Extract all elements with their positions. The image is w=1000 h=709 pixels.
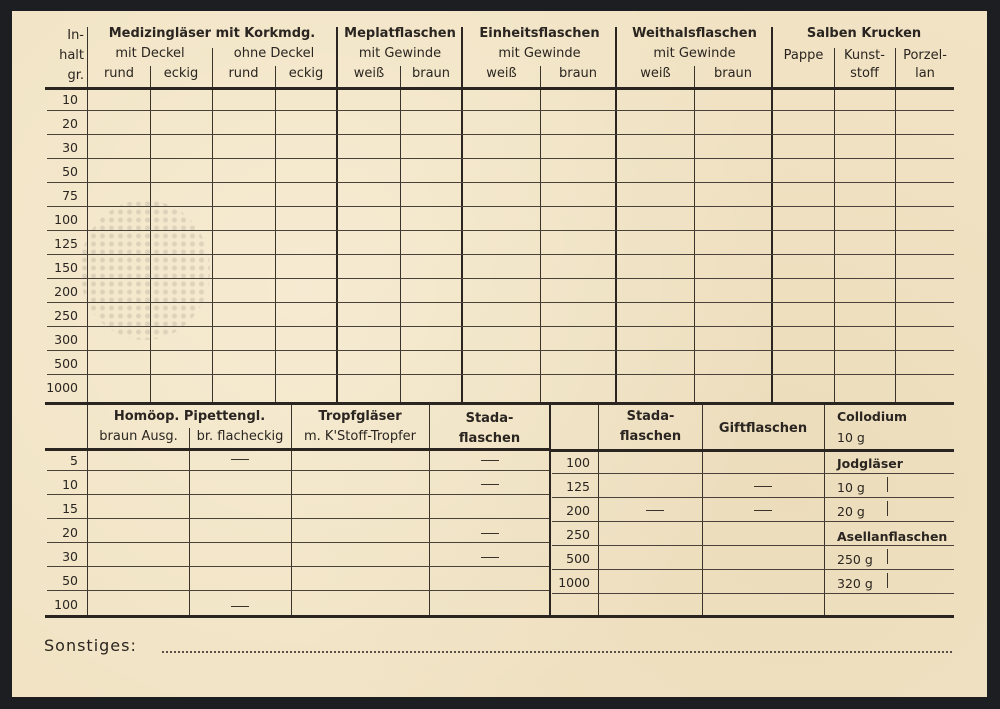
divider [694, 66, 695, 88]
dash-mark [646, 510, 664, 511]
row-line [47, 158, 954, 159]
col-header: braun Ausg. [88, 429, 189, 445]
divider [895, 48, 896, 88]
divider [189, 428, 190, 616]
divider [598, 405, 599, 616]
row-label: 30 [45, 140, 78, 155]
header-rule [45, 448, 550, 451]
row-label: 20 [45, 525, 78, 540]
col-header: br. flacheckig [189, 429, 291, 445]
col-header-stadaflaschen: Stada-flaschen [599, 409, 702, 445]
row-label: 500 [45, 356, 78, 371]
row-label: 15 [45, 501, 78, 516]
row-label: 1000 [552, 575, 590, 590]
dash-mark [231, 459, 249, 460]
row-label: 500 [552, 551, 590, 566]
sonstiges-label: Sonstiges: [44, 636, 137, 655]
col-header: Kunst-stoff [834, 48, 895, 82]
subgroup-ohne-deckel: ohne Deckel [212, 46, 336, 62]
col-header: rund [212, 66, 275, 82]
row-label: 100 [45, 597, 78, 612]
dash-mark [481, 557, 499, 558]
divider [887, 549, 888, 564]
divider [771, 27, 773, 403]
divider [549, 405, 551, 616]
row-label: 250 [552, 527, 590, 542]
subgroup-mit-deckel: mit Deckel [88, 46, 212, 62]
divider [615, 27, 617, 403]
divider [336, 27, 338, 403]
col-header: weiß [463, 66, 540, 82]
divider [275, 88, 276, 403]
divider [540, 88, 541, 403]
col-header-giftflaschen: Giftflaschen [702, 421, 824, 437]
col-header: rund [88, 66, 150, 82]
row-label: 30 [45, 549, 78, 564]
divider [275, 66, 276, 88]
row-label: 100 [45, 212, 78, 227]
row-label: 100 [552, 455, 590, 470]
section-rule [45, 402, 954, 405]
header-rule [45, 87, 954, 90]
group-title-meplatflaschen: Meplatflaschen [338, 26, 462, 42]
col-header: braun [694, 66, 772, 82]
divider [291, 405, 292, 616]
row-line [47, 110, 954, 111]
row-line [552, 545, 954, 546]
divider [824, 405, 825, 616]
row-line [47, 566, 549, 567]
row-label: 10 [45, 477, 78, 492]
row-line [47, 542, 549, 543]
row-label: 200 [552, 503, 590, 518]
asellan-size: 320 g [837, 576, 873, 591]
row-line [47, 374, 954, 375]
divider [887, 477, 888, 492]
dash-mark [754, 510, 772, 511]
col-header: Pappe [773, 48, 834, 64]
row-line [47, 518, 549, 519]
row-label: 300 [45, 332, 78, 347]
divider [895, 88, 896, 403]
row-label: 125 [45, 236, 78, 251]
divider [87, 405, 88, 616]
dash-mark [481, 460, 499, 461]
row-line [47, 590, 549, 591]
header-rule [550, 449, 954, 452]
row-line [47, 470, 549, 471]
dash-mark [481, 533, 499, 534]
row-label: 250 [45, 308, 78, 323]
col-header: braun [400, 66, 462, 82]
group-title-medizinglaeser: Medizingläser mit Korkmdg. [88, 26, 336, 42]
row-line [552, 593, 954, 594]
row-label: 5 [45, 453, 78, 468]
row-line [47, 134, 954, 135]
row-header-label: In- halt gr. [52, 28, 84, 84]
row-line [552, 569, 954, 570]
row-label: 10 [45, 92, 78, 107]
col-header: eckig [275, 66, 337, 82]
jod-size: 20 g [837, 504, 865, 519]
divider [887, 501, 888, 516]
row-label: 20 [45, 116, 78, 131]
divider [540, 66, 541, 88]
col-header-stadaflaschen: Stada-flaschen [429, 411, 550, 447]
jod-size: 10 g [837, 480, 865, 495]
bottom-rule [45, 615, 954, 618]
row-label: 75 [45, 188, 78, 203]
divider [834, 48, 835, 88]
col-header: m. K'Stoff-Tropfer [291, 429, 429, 445]
col-header: eckig [150, 66, 212, 82]
divider [702, 405, 703, 616]
row-line [47, 206, 954, 207]
row-line [47, 182, 954, 183]
group-title-homoeop: Homöop. Pipettengl. [88, 409, 291, 425]
asellan-size: 250 g [837, 552, 873, 567]
postmark-stamp [80, 200, 210, 340]
divider [461, 27, 463, 403]
group-subtitle: mit Gewinde [617, 46, 772, 62]
row-label: 50 [45, 164, 78, 179]
row-label: 150 [45, 260, 78, 275]
col-header: braun [540, 66, 616, 82]
group-subtitle: mit Gewinde [463, 46, 616, 62]
row-label: 50 [45, 573, 78, 588]
row-line [47, 494, 549, 495]
row-line [552, 497, 954, 498]
row-line [47, 350, 954, 351]
dash-mark [481, 484, 499, 485]
dash-mark [754, 486, 772, 487]
divider [150, 66, 151, 88]
divider [694, 88, 695, 403]
divider [429, 405, 430, 616]
row-label: 1000 [45, 380, 78, 395]
row-label: 200 [45, 284, 78, 299]
divider [400, 88, 401, 403]
divider [400, 66, 401, 88]
group-title-salben-krucken: Salben Krucken [773, 26, 955, 42]
sonstiges-input-line[interactable] [162, 651, 952, 653]
collodium-label: Collodium [837, 409, 907, 424]
group-title-tropfglaeser: Tropfgläser [291, 409, 429, 425]
asellan-label: Asellanflaschen [837, 529, 947, 544]
col-header: Porzel-lan [895, 48, 955, 82]
col-header: weiß [617, 66, 694, 82]
divider [87, 27, 88, 403]
divider [212, 48, 213, 88]
collodium-size: 10 g [837, 430, 865, 445]
dash-mark [231, 606, 249, 607]
divider [887, 573, 888, 588]
row-label: 125 [552, 479, 590, 494]
order-form-card [12, 11, 987, 697]
col-header: weiß [338, 66, 400, 82]
group-title-weithalsflaschen: Weithalsflaschen [617, 26, 772, 42]
jodglaeser-label: Jodgläser [837, 456, 903, 471]
divider [834, 88, 835, 403]
row-line [552, 473, 954, 474]
group-subtitle: mit Gewinde [338, 46, 462, 62]
divider [212, 88, 213, 403]
row-line [552, 521, 954, 522]
group-title-einheitsflaschen: Einheitsflaschen [463, 26, 616, 42]
